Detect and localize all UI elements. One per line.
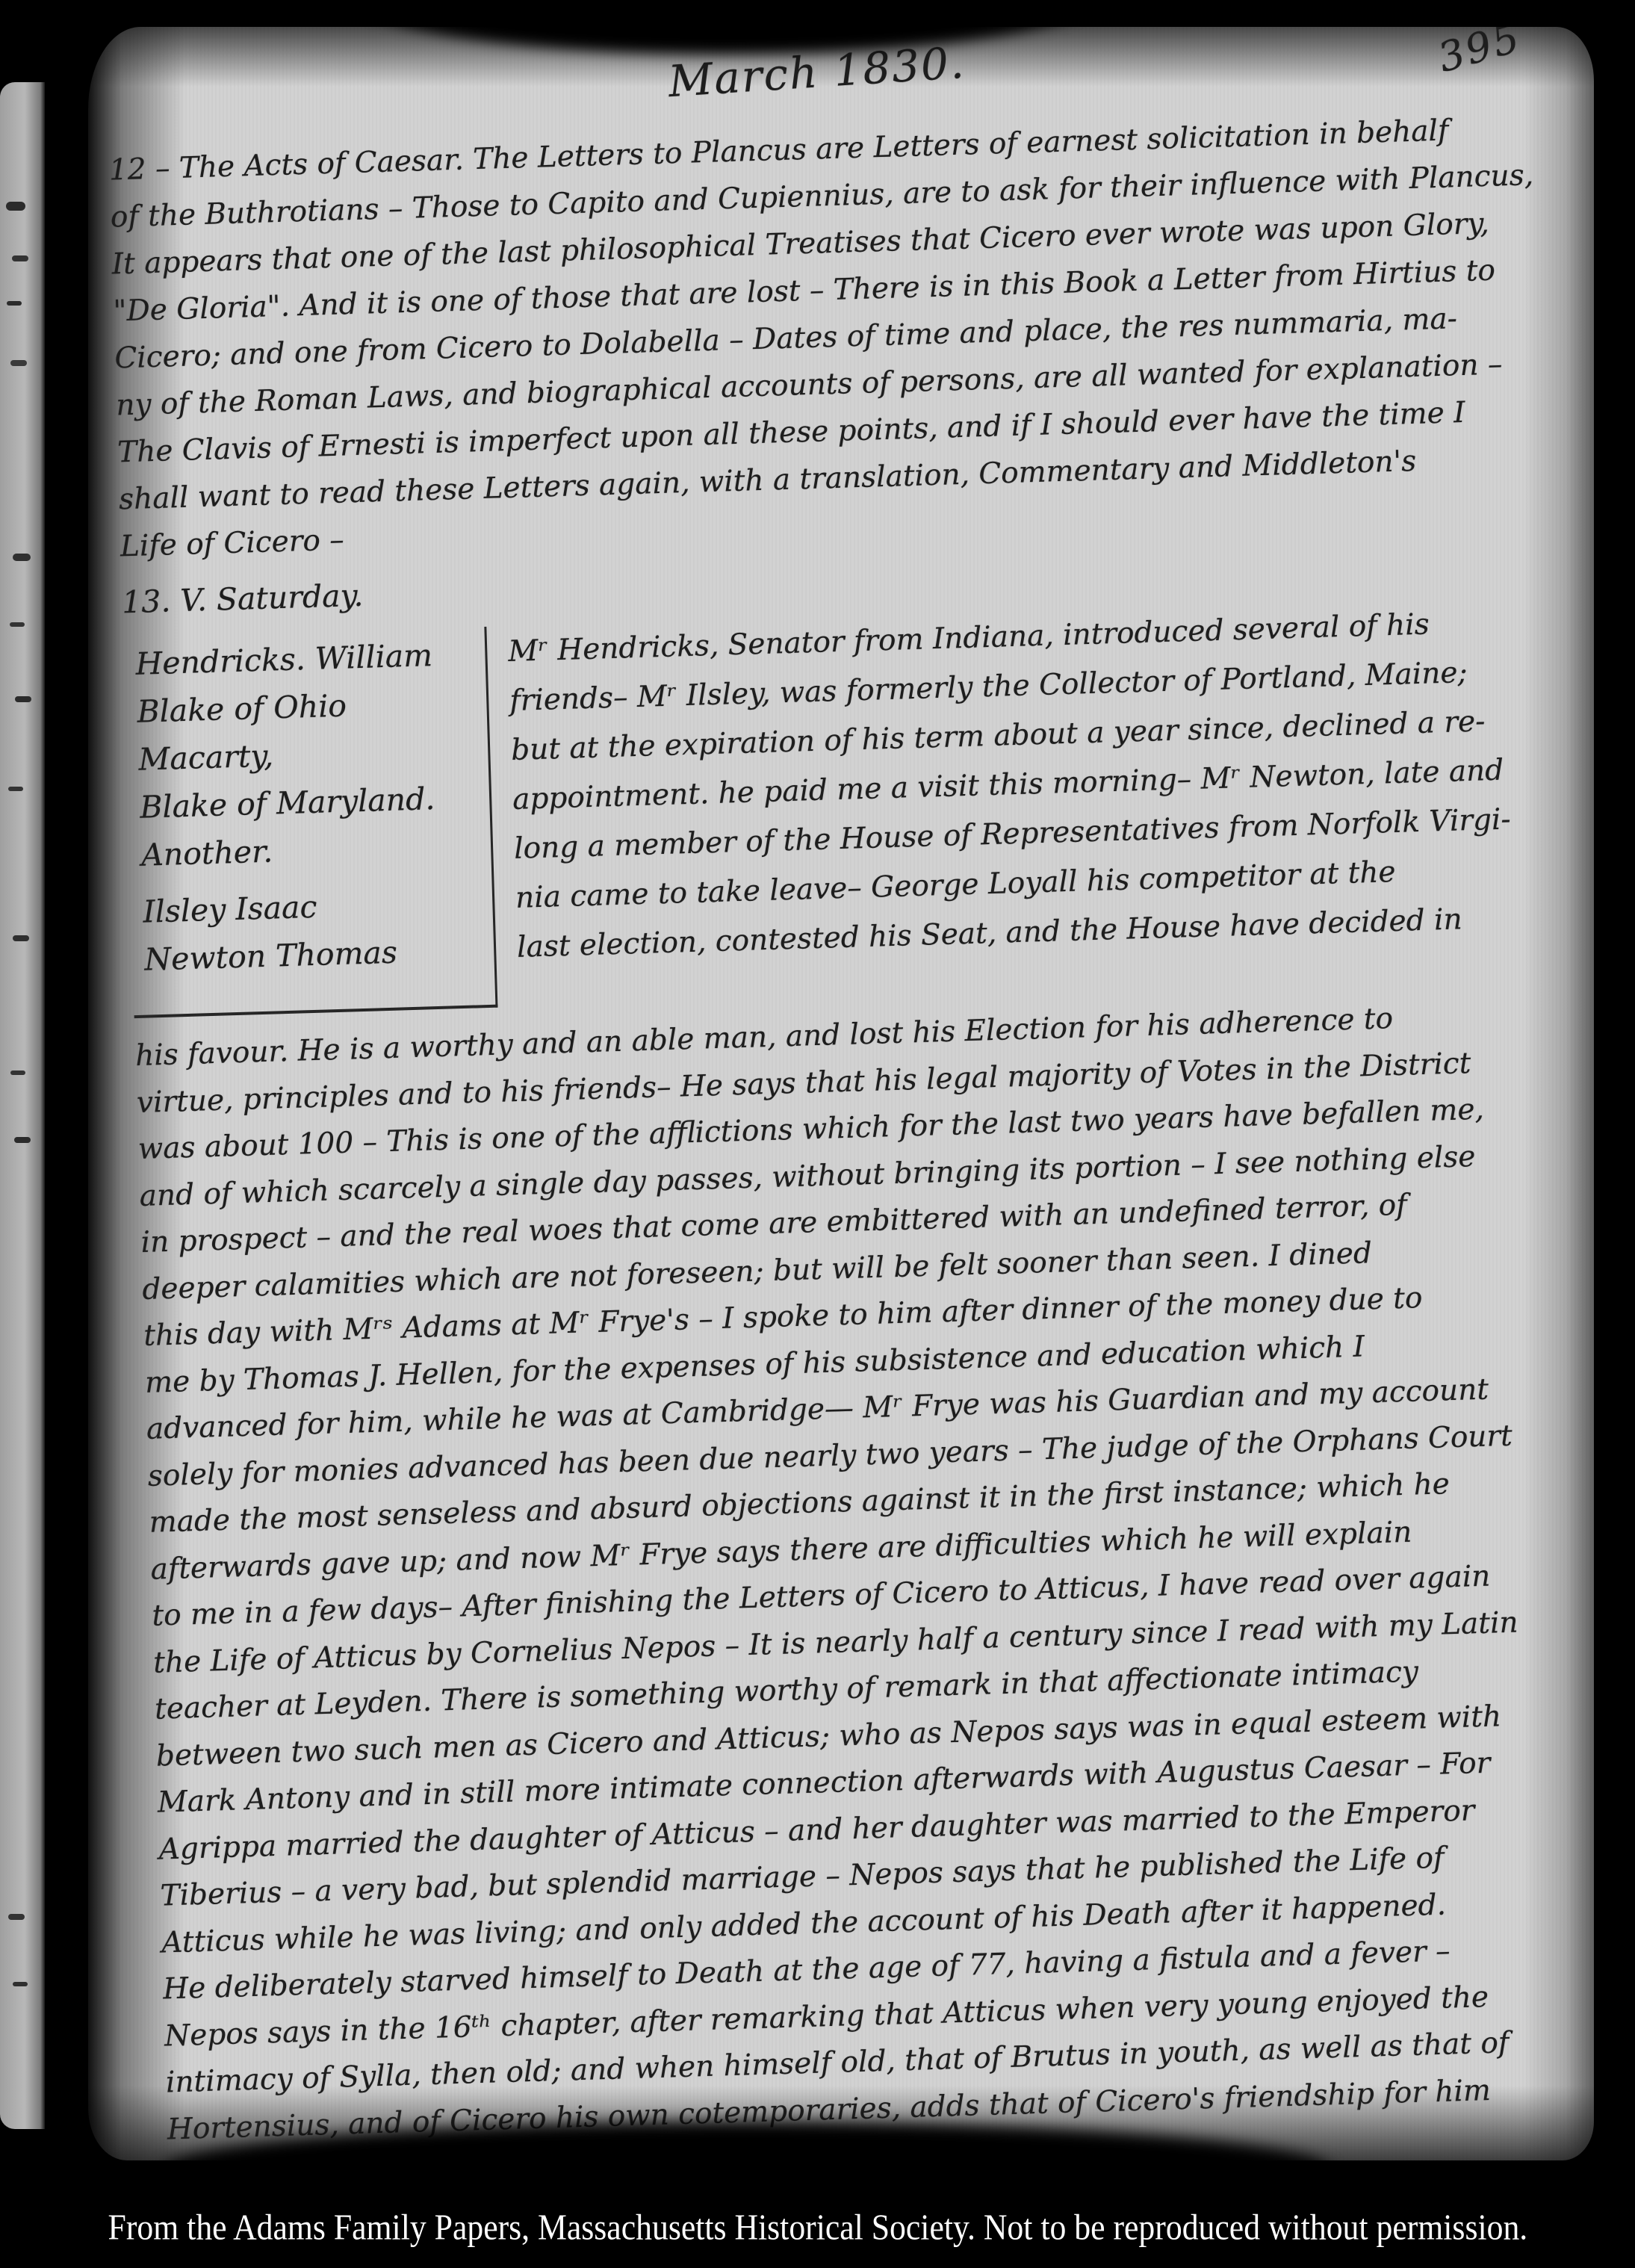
page-number: 395: [1433, 27, 1526, 81]
manuscript-content: March 1830. 395 12 – The Acts of Caesar.…: [106, 27, 1587, 2153]
attribution-bar: From the Adams Family Papers, Massachuse…: [0, 2187, 1635, 2268]
entry-13-column-text: Mʳ Hendricks, Senator from Indiana, intr…: [486, 595, 1554, 1008]
scanned-diary-photograph: March 1830. 395 12 – The Acts of Caesar.…: [0, 0, 1635, 2268]
diary-entry-12: 12 – The Acts of Caesar. The Letters to …: [108, 105, 1540, 570]
visitor-name: Newton Thomas: [143, 926, 494, 984]
visitor-name: Another.: [140, 821, 491, 879]
manuscript-page: March 1830. 395 12 – The Acts of Caesar.…: [88, 27, 1594, 2160]
attribution-caption: From the Adams Family Papers, Massachuse…: [108, 2207, 1527, 2249]
facing-page-text-fragments: [6, 202, 25, 211]
diary-entry-13-visitors-block: Hendricks. WilliamBlake of OhioMacarty,B…: [123, 595, 1554, 1018]
visitor-names-list: Hendricks. WilliamBlake of OhioMacarty,B…: [123, 627, 498, 1018]
facing-page-edge: [0, 82, 45, 2129]
entry-13-continuation-text: his favour. He is a worthy and an able m…: [134, 991, 1587, 2154]
